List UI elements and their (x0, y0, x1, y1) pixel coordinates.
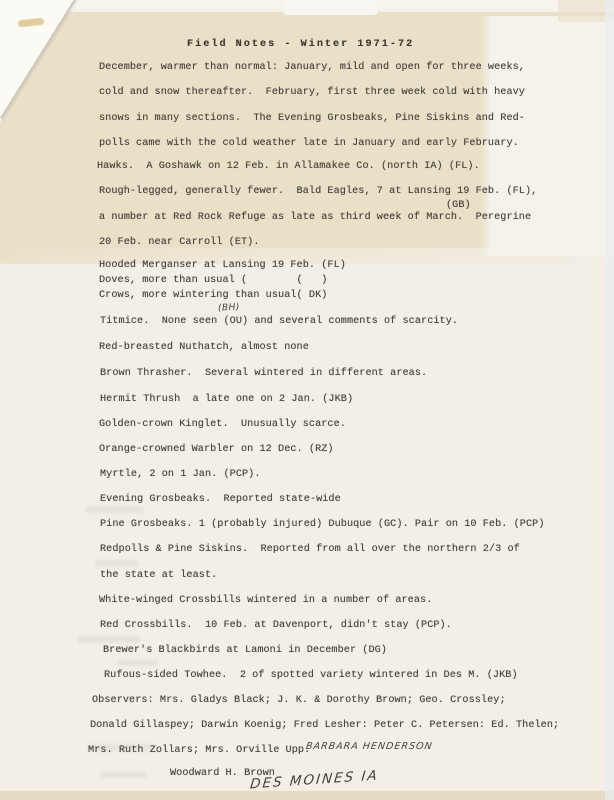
typed-line: Brown Thrasher. Several wintered in diff… (100, 367, 427, 380)
typed-line: Hooded Merganser at Lansing 19 Feb. (FL) (99, 259, 346, 272)
typed-line: Red-breasted Nuthatch, almost none (99, 341, 309, 354)
typed-line: Crows, more wintering than usual( DK) (99, 289, 327, 302)
typed-line: Rufous-sided Towhee. 2 of spotted variet… (104, 669, 518, 682)
typed-line-observers: Observers: Mrs. Gladys Black; J. K. & Do… (92, 694, 506, 707)
typed-line: Titmice. None seen (OU) and several comm… (100, 315, 458, 328)
typed-line: White-winged Crossbills wintered in a nu… (99, 594, 432, 607)
typed-line: Golden-crown Kinglet. Unusually scarce. (99, 418, 346, 431)
typed-line-observers: Mrs. Ruth Zollars; Mrs. Orville Upp. (88, 744, 310, 757)
paper-bottom-edge (0, 791, 614, 800)
typed-line: snows in many sections. The Evening Gros… (99, 112, 525, 125)
bleed-through-mark (100, 772, 146, 778)
typed-line: Orange-crowned Warbler on 12 Dec. (RZ) (99, 443, 334, 456)
typed-line: a number at Red Rock Refuge as late as t… (99, 211, 531, 224)
typed-line: polls came with the cold weather late in… (99, 137, 519, 150)
handwritten-observer-name: BARBARA HENDERSON (305, 741, 433, 752)
typed-line: Doves, more than usual ( ( ) (99, 274, 327, 287)
typed-line: Redpolls & Pine Siskins. Reported from a… (100, 543, 520, 556)
typed-line: Red Crossbills. 10 Feb. at Davenport, di… (100, 619, 452, 632)
typed-line: the state at least. (100, 569, 217, 582)
typed-line: Pine Grosbeaks. 1 (probably injured) Dub… (100, 518, 545, 531)
typed-line: Evening Grosbeaks. Reported state-wide (100, 493, 341, 506)
paper-light-spot (283, 0, 378, 15)
typed-line: 20 Feb. near Carroll (ET). (99, 236, 260, 249)
bleed-through-mark (86, 506, 144, 513)
typed-line: Rough-legged, generally fewer. Bald Eagl… (99, 185, 537, 198)
page-title: Field Notes - Winter 1971-72 (187, 38, 414, 51)
scan-right-edge (605, 0, 614, 800)
typed-line: cold and snow thereafter. February, firs… (99, 86, 525, 99)
scanned-field-notes-page: Field Notes - Winter 1971-72 December, w… (0, 0, 614, 800)
typed-line: Hermit Thrush a late one on 2 Jan. (JKB) (100, 393, 353, 406)
handwritten-initials-bh: (BH) (218, 302, 240, 313)
bleed-through-mark (95, 560, 139, 567)
typed-line: Hawks. A Goshawk on 12 Feb. in Allamakee… (97, 160, 480, 173)
typed-line: Brewer's Blackbirds at Lamoni in Decembe… (103, 644, 387, 657)
typed-line: Myrtle, 2 on 1 Jan. (PCP). (100, 468, 261, 481)
bleed-through-mark (118, 660, 158, 666)
typed-line-observers: Donald Gillaspey; Darwin Koenig; Fred Le… (90, 719, 559, 732)
bleed-through-mark (78, 636, 140, 643)
typed-line: December, warmer than normal: January, m… (99, 61, 525, 74)
